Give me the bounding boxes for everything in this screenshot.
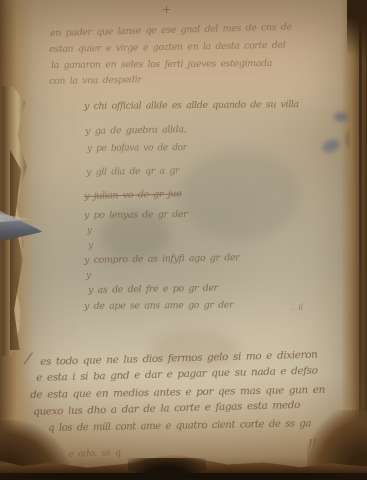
manuscript-photo: +en pader que lanse qe ese gnal del mes … bbox=[0, 0, 367, 480]
photo-vignette bbox=[0, 0, 367, 480]
